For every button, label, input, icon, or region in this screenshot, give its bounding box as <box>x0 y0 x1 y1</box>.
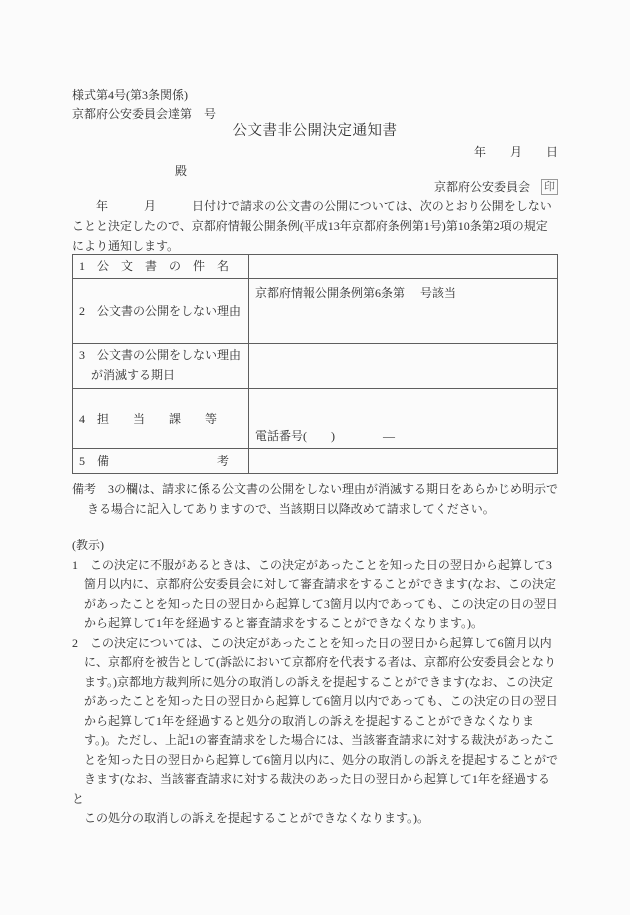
issuer-name: 京都府公安委員会 <box>434 180 530 194</box>
form-number: 様式第4号(第3条関係) <box>72 85 558 105</box>
row-label-remarks: 5 備 考 <box>73 449 249 473</box>
form-table: 1 公 文 書 の 件 名 2 公文書の公開をしない理由 京都府情報公開条例第6… <box>72 254 558 474</box>
table-row: 1 公 文 書 の 件 名 <box>73 255 557 278</box>
table-row: 3 公文書の公開をしない理由 が消滅する期日 <box>73 343 557 388</box>
appeal-instructions-item-2: 2 この決定については、この決定があったことを知った日の翌日から起算して6箇月以… <box>72 634 558 829</box>
phone-number-blank: 電話番号( ) — <box>255 426 551 446</box>
seal-placeholder: 印 <box>541 179 558 195</box>
appeal-instructions-heading: (教示) <box>72 536 558 556</box>
row-value-expiry-date <box>249 344 557 388</box>
appeal-instructions: (教示) 1 この決定に不服があるときは、この決定があったことを知った日の翌日か… <box>72 536 558 829</box>
table-row: 4 担 当 課 等 電話番号( ) — <box>73 388 557 448</box>
row-value-section-in-charge: 電話番号( ) — <box>249 389 557 448</box>
remarks-note: 備考 3の欄は、請求に係る公文書の公開をしない理由が消滅する期日をあらかじめ明示… <box>72 479 558 519</box>
issuer-line: 京都府公安委員会 印 <box>72 177 558 197</box>
row-value-remarks <box>249 449 557 473</box>
intro-paragraph: 年 月 日付けで請求の公文書の公開については、次のとおり公開をしない ことと決定… <box>72 196 558 256</box>
row-label-expiry-date: 3 公文書の公開をしない理由 が消滅する期日 <box>73 344 249 388</box>
table-row: 2 公文書の公開をしない理由 京都府情報公開条例第6条第 号該当 <box>73 278 557 343</box>
row-value-reason: 京都府情報公開条例第6条第 号該当 <box>249 279 557 343</box>
row-label-section-in-charge: 4 担 当 課 等 <box>73 389 249 448</box>
row-label-reason: 2 公文書の公開をしない理由 <box>73 279 249 343</box>
row-value-document-name <box>249 255 557 278</box>
page-title: 公文書非公開決定通知書 <box>72 121 558 141</box>
table-row: 5 備 考 <box>73 448 557 473</box>
row-label-document-name: 1 公 文 書 の 件 名 <box>73 255 249 278</box>
document-page: 様式第4号(第3条関係) 京都府公安委員会達第 号 公文書非公開決定通知書 年 … <box>0 0 630 915</box>
date-blank-line: 年 月 日 <box>72 142 558 162</box>
appeal-instructions-item-1: 1 この決定に不服があるときは、この決定があったことを知った日の翌日から起算して… <box>72 556 558 634</box>
